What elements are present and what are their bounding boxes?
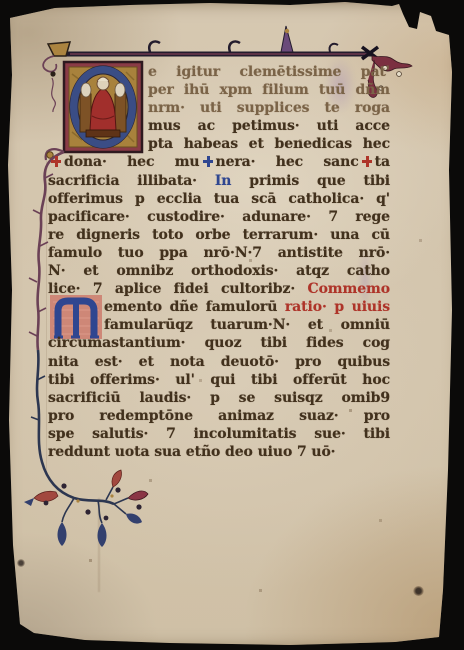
text-segment: offerimus p ecclia tua scā catholica· q' bbox=[48, 191, 390, 207]
text-segment: emento dñe famulorū bbox=[104, 299, 285, 315]
text-segment: reddunt uota sua etño deo uiuo 7 uō· bbox=[48, 444, 335, 460]
text-line: N· et omnibz orthodoxis· atqz catho bbox=[48, 262, 390, 280]
text-segment: Commemo bbox=[308, 281, 390, 297]
maltese-cross-icon bbox=[203, 156, 213, 167]
text-segment: tibi offerims· ul' qui tibi offerūt hoc bbox=[48, 372, 390, 388]
text-line: pacificare· custodire· adunare· 7 rege bbox=[48, 208, 390, 226]
text-segment: circumastantium· quoz tibi fides cog bbox=[48, 335, 390, 351]
manuscript-page: e igitur clemētissime pat'per ihū xpm fi… bbox=[0, 0, 464, 650]
parchment-crease bbox=[98, 498, 100, 592]
text-line: e igitur clemētissime pat' bbox=[148, 63, 390, 81]
text-line: pro redemptōne animaz suaz· pro bbox=[48, 407, 390, 425]
text-segment: lice· 7 aplice fidei cultoribz· bbox=[48, 281, 308, 297]
text-line: per ihū xpm filium tuū dñm bbox=[148, 81, 390, 99]
text-line: reddunt uota sua etño deo uiuo 7 uō· bbox=[48, 443, 390, 461]
manuscript-text: e igitur clemētissime pat'per ihū xpm fi… bbox=[48, 63, 390, 461]
text-line: famularūqz tuarum·N· et omniū bbox=[104, 316, 390, 334]
text-line: mus ac petimus· uti acce bbox=[148, 117, 390, 135]
text-segment: ta bbox=[375, 154, 390, 170]
text-segment: nita est· et nota deuotō· pro quibus bbox=[48, 354, 390, 370]
photo-background: { "palette":{ "background":"#0b0a09","pa… bbox=[0, 0, 464, 650]
text-line: re digneris toto orbe terrarum· una cū bbox=[48, 226, 390, 244]
text-line: lice· 7 aplice fidei cultoribz· Commemo bbox=[48, 280, 390, 298]
parchment-speckles bbox=[0, 0, 1, 1]
text-segment: pacificare· custodire· adunare· 7 rege bbox=[48, 209, 390, 225]
text-line: sacrificia illibata· In primis que tibi bbox=[48, 172, 390, 190]
text-segment: pro redemptōne animaz suaz· pro bbox=[48, 408, 390, 424]
maltese-cross-icon bbox=[362, 156, 372, 167]
text-line: offerimus p ecclia tua scā catholica· q' bbox=[48, 190, 390, 208]
text-line: dona· hec munera· hec sancta bbox=[48, 153, 390, 171]
text-line: famulo tuo ppa nrō·N·7 antistite nrō· bbox=[48, 244, 390, 262]
text-line: nrm· uti supplices te roga bbox=[148, 99, 390, 117]
ruling-line bbox=[46, 150, 47, 470]
text-segment: dona· hec mu bbox=[64, 154, 200, 170]
text-line: tibi offerims· ul' qui tibi offerūt hoc bbox=[48, 371, 390, 389]
wormhole-spot bbox=[413, 586, 424, 596]
text-segment: e igitur clemētissime pat' bbox=[148, 64, 390, 80]
text-segment: N· et omnibz orthodoxis· atqz catho bbox=[48, 263, 390, 279]
text-segment: pta habeas et benedicas hec bbox=[148, 136, 390, 152]
text-line: nita est· et nota deuotō· pro quibus bbox=[48, 353, 390, 371]
text-segment: primis que tibi bbox=[231, 173, 390, 189]
text-segment: re digneris toto orbe terrarum· una cū bbox=[48, 227, 390, 243]
wormhole-spot bbox=[17, 559, 25, 567]
text-segment: famularūqz tuarum·N· et omniū bbox=[104, 317, 390, 333]
text-line: pta habeas et benedicas hec bbox=[148, 135, 390, 153]
text-line: sacrificiū laudis· p se suisqz omib9 bbox=[48, 389, 390, 407]
text-segment: per ihū xpm filium tuū dñm bbox=[148, 82, 390, 98]
text-segment: famulo tuo ppa nrō·N·7 antistite nrō· bbox=[48, 245, 390, 261]
text-segment: nrm· uti supplices te roga bbox=[148, 100, 390, 116]
text-segment: sacrificiū laudis· p se suisqz omib9 bbox=[48, 390, 390, 406]
text-segment: ratio· p uiuis bbox=[285, 299, 390, 315]
text-line: spe salutis· 7 incolumitatis sue· tibi bbox=[48, 425, 390, 443]
maltese-cross-icon bbox=[51, 156, 61, 167]
text-line: circumastantium· quoz tibi fides cog bbox=[48, 334, 390, 352]
text-segment: nera· hec sanc bbox=[216, 154, 359, 170]
text-line: emento dñe famulorū ratio· p uiuis bbox=[104, 298, 390, 316]
text-segment: spe salutis· 7 incolumitatis sue· tibi bbox=[48, 426, 390, 442]
text-segment: In bbox=[215, 173, 232, 189]
text-segment: sacrificia illibata· bbox=[48, 173, 215, 189]
text-segment: mus ac petimus· uti acce bbox=[148, 118, 390, 134]
